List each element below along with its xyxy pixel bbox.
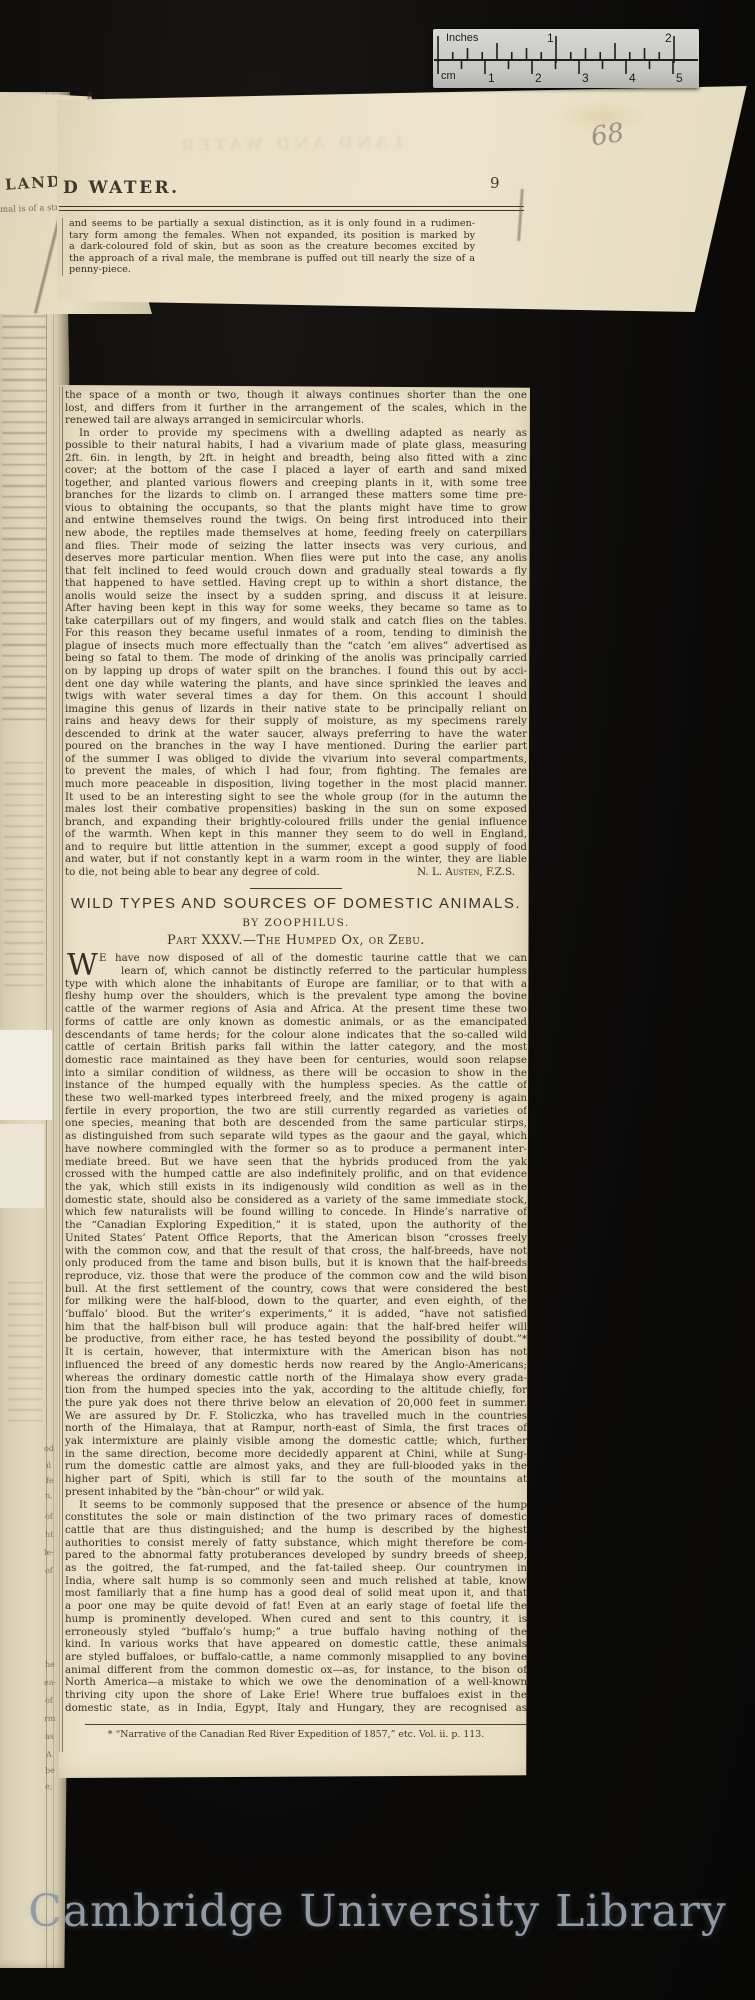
text-line: have nowhere commingled with the former …: [65, 1143, 527, 1156]
section-part: Part XXXV.—The Humped Ox, or Zebu.: [65, 933, 527, 948]
text-line: crossed with the humped cattle are also …: [65, 1168, 527, 1181]
text-line: fertile in every proportion, the two are…: [65, 1105, 527, 1118]
ruler-inch-number: 1: [547, 31, 554, 45]
text-line: deserves more particular mention. When f…: [65, 552, 527, 565]
text-line: of the summer I was obliged to divide th…: [65, 753, 527, 766]
text-line: It used to be an interesting sight to se…: [65, 791, 527, 804]
edge-text-fragment: il: [46, 1461, 51, 1470]
text-line: hump is prominently developed. When cure…: [65, 1613, 527, 1626]
text-line: the space of a month or two, though it a…: [65, 389, 527, 402]
text-line: North America—a mistake to which we owe …: [65, 1676, 527, 1689]
text-line: influenced the breed of any domestic her…: [65, 1359, 527, 1372]
edge-text-fragment: of: [45, 1512, 53, 1521]
edge-text-fragment: of: [45, 1696, 53, 1705]
section-separator: [250, 888, 342, 889]
text-line: animal different from the common domesti…: [65, 1664, 527, 1677]
text-line: domestic state, as in India, Egypt, Ital…: [65, 1702, 527, 1715]
edge-text-fragment: ea-: [44, 1678, 57, 1687]
top-excerpt: and seems to be partially a sexual disti…: [62, 218, 475, 276]
text-line: new abode, the reptiles made themselves …: [65, 527, 527, 540]
signature-line: to die, not being able to bear any degre…: [65, 866, 527, 879]
blurred-text-strip: [2, 252, 46, 722]
text-line: For this reason they became useful inmat…: [65, 627, 527, 640]
ruler-inch-number: 2: [665, 31, 672, 45]
text-line: constitutes the sole or main distinction…: [65, 1511, 527, 1524]
text-line: penny-piece.: [69, 264, 475, 276]
text-line: vious to obtaining the occupants, so tha…: [65, 502, 527, 515]
text-line: plague of insects much more effectually …: [65, 640, 527, 653]
text-line: tary form among the females. When not ex…: [69, 230, 475, 242]
text-line: rum the domestic cattle are almost yaks,…: [65, 1460, 527, 1473]
text-line: United States’ Patent Office Reports, th…: [65, 1232, 527, 1245]
text-line: with the common cow, and that the result…: [65, 1245, 527, 1258]
text-line: these two well-marked types interbreed f…: [65, 1092, 527, 1105]
masthead-left-fragment: LAND: [5, 172, 63, 193]
edge-text-fragment: ht: [45, 1530, 54, 1539]
text-line: We are assured by Dr. F. Stoliczka, who …: [65, 1410, 527, 1423]
page-number: 9: [490, 174, 500, 192]
column-rule: [62, 387, 63, 1752]
ruler-cm-number: 5: [676, 71, 683, 85]
text-line: and flies. Their mode of seizing the lat…: [65, 540, 527, 553]
text-line: possible to their natural habits, I had …: [65, 439, 527, 452]
showthrough-text: LAND AND WATER: [177, 132, 403, 155]
ruler-cm-number: 4: [629, 71, 636, 85]
edge-text-fragment: od: [44, 1444, 54, 1453]
text-line: cattle of certain British parks fall wit…: [65, 1041, 527, 1054]
ruler-cm-label: cm: [441, 70, 456, 82]
text-line: that felt inclined to feed would crouch …: [65, 565, 527, 578]
text-line: the “Canadian Exploring Expedition,” it …: [65, 1219, 527, 1232]
edge-text-fragment: A: [46, 1750, 52, 1759]
text-line: cattle of the warmer regions of Asia and…: [65, 1003, 527, 1016]
ruler: Inches cm 1212345: [433, 29, 699, 88]
text-line: for milking were the half-blood, down to…: [65, 1295, 527, 1308]
text-line: fleshy hump over the shoulders, which is…: [65, 990, 527, 1003]
article-anolis: the space of a month or two, though it a…: [65, 389, 527, 878]
pencil-number: 68: [589, 118, 626, 153]
drop-cap: W: [67, 953, 98, 979]
edge-text-fragment: of: [45, 1566, 53, 1575]
text-line: tion from the humped species into the ya…: [65, 1384, 527, 1397]
text-line: anolis would seize the insect by a sudde…: [65, 590, 527, 603]
text-line: as the goitred, the fat-rumped, and the …: [65, 1562, 527, 1575]
text-line: him that the half-bison bull will produc…: [65, 1321, 527, 1334]
article-zebu-para1: E have now disposed of all of the domest…: [65, 952, 527, 1498]
text-line: It seems to be commonly supposed that th…: [65, 1499, 527, 1512]
text-line: on by lapping up drops of water spilt on…: [65, 665, 527, 678]
text-line: and water, but if not constantly kept in…: [65, 853, 527, 866]
text-line: a dark-coloured fold of skin, but as soo…: [69, 241, 475, 253]
text-line: one species, meaning that both are desce…: [65, 1117, 527, 1130]
footnote-rule: [85, 1724, 530, 1725]
text-line: a poor one may be quite devoid of fat! E…: [65, 1600, 527, 1613]
section-title: WILD TYPES AND SOURCES OF DOMESTIC ANIMA…: [65, 895, 527, 912]
text-line: authorities to consist merely of fatty s…: [65, 1537, 527, 1550]
text-line: lost, and differs from it further in the…: [65, 402, 527, 415]
text-line: In order to provide my specimens with a …: [65, 427, 527, 440]
pencil-stroke: [517, 189, 523, 241]
column-rule-faint: [59, 387, 60, 1752]
page-edge-highlight: [0, 1124, 44, 1208]
text-line: learn of, which cannot be distinctly ref…: [121, 965, 527, 978]
article-zebu-para2: It seems to be commonly supposed that th…: [65, 1499, 527, 1715]
text-line: the yak, which still exists in its indig…: [65, 1181, 527, 1194]
text-line: poured on the branches in the way I have…: [65, 740, 527, 753]
text-line: the pure yak does not there thrive below…: [65, 1397, 527, 1410]
text-line: descended to drink at the water saucer, …: [65, 728, 527, 741]
text-line: branch, and expanding their brightly-col…: [65, 816, 527, 829]
text-line: into a similar condition of wildness, as…: [65, 1067, 527, 1080]
text-line: cattle that are thus distinguished; and …: [65, 1524, 527, 1537]
text-line: whereas the ordinary domestic cattle nor…: [65, 1372, 527, 1385]
text-line: mediate breed. But we have seen that the…: [65, 1156, 527, 1169]
text-line: males lost their combative propensities)…: [65, 803, 527, 816]
ruler-cm-number: 1: [488, 71, 495, 85]
text-line: renewed tail are always arranged in semi…: [65, 414, 527, 427]
text-line: dent one day while watering the plants, …: [65, 678, 527, 691]
text-line: domestic race maintained as they have be…: [65, 1054, 527, 1067]
text-line: thriving city upon the shore of Lake Eri…: [65, 1689, 527, 1702]
text-line: It is certain, however, that intermixtur…: [65, 1346, 527, 1359]
text-line: instance of the humped equally with the …: [65, 1079, 527, 1092]
author-signature: N. L. Austen, F.Z.S.: [417, 866, 515, 879]
text-line: imagine this genus of lizards in their n…: [65, 703, 527, 716]
text-line: kind. In various works that have appeare…: [65, 1638, 527, 1651]
text-line: cover; at the bottom of the case I place…: [65, 464, 527, 477]
text-line: and entwine themselves round the twigs. …: [65, 514, 527, 527]
edge-text-fragment: le-: [44, 1548, 54, 1557]
text-line: of the warmth. When kept in this manner …: [65, 828, 527, 841]
blurred-text-strip: [8, 1282, 42, 1422]
text-line: 2ft. 6in. in length, by 2ft. in height a…: [65, 452, 527, 465]
masthead-title: D WATER.: [63, 178, 180, 198]
ruler-cm-number: 3: [582, 71, 589, 85]
text-line: E have now disposed of all of the domest…: [99, 952, 527, 965]
fold-text-fragment: mal is of a str: [0, 203, 59, 215]
text-line: take caterpillars out of my fingers, and…: [65, 615, 527, 628]
text-line: much more peaceable in disposition, livi…: [65, 778, 527, 791]
text-line: twigs with water several times a day for…: [65, 690, 527, 703]
edge-text-fragment: n,: [45, 1491, 53, 1500]
edge-text-fragment: be: [45, 1766, 55, 1775]
text-line: are styled buffaloes, or buffalo-cattle,…: [65, 1651, 527, 1664]
text-line: only produced from the tame and bison bu…: [65, 1257, 527, 1270]
text-line: forms of cattle are only known as domest…: [65, 1016, 527, 1029]
blurred-text-strip: [4, 762, 44, 992]
closing-text: to die, not being able to bear any degre…: [65, 866, 320, 879]
text-line: and seems to be partially a sexual disti…: [69, 218, 475, 230]
text-line: reproduce, viz. those that were the prod…: [65, 1270, 527, 1283]
text-line: and to require but little attention in t…: [65, 841, 527, 854]
library-watermark: Cambridge University Library: [0, 1886, 755, 1937]
text-line: most familiarly that a fine hump has a g…: [65, 1587, 527, 1600]
text-line: India, where salt hump is so commonly se…: [65, 1575, 527, 1588]
text-line: to prevent the males, of which I had fou…: [65, 765, 527, 778]
ruler-cm-number: 2: [535, 71, 542, 85]
text-line: together, and planted various flowers an…: [65, 477, 527, 490]
text-line: that happened to have settled. Having cr…: [65, 577, 527, 590]
text-line: the approach of a rival male, the membra…: [69, 253, 475, 265]
text-line: erroneously styled “buffalo’s hump;” a t…: [65, 1626, 527, 1639]
footnote: * “Narrative of the Canadian Red River E…: [65, 1729, 527, 1740]
text-line: north of the Himalaya, that at Rampur, n…: [65, 1422, 527, 1435]
newspaper-page-top: LAND AND WATER D WATER. 9 68 and seems t…: [57, 86, 748, 312]
masthead-rule: [59, 206, 524, 211]
edge-text-fragment: e;: [45, 1782, 53, 1791]
text-line: After having been kept in this way for s…: [65, 602, 527, 615]
article-clipping: the space of a month or two, though it a…: [57, 385, 530, 1778]
text-line: bull. At the first settlement of the cou…: [65, 1283, 527, 1296]
text-line: rains and heavy dews for their supply of…: [65, 715, 527, 728]
text-line: present inhabited by the “bàn-chour” or …: [65, 1486, 527, 1499]
text-line: descendants of tame herds; for the colou…: [65, 1029, 527, 1042]
edge-text-fragment: as: [45, 1732, 54, 1741]
text-line: domestic state, should also be considere…: [65, 1194, 527, 1207]
text-line: ‘buffalo’ blood. But the writer’s experi…: [65, 1308, 527, 1321]
text-line: in the same direction, become more decid…: [65, 1448, 527, 1461]
photo-stage: odilfen,ofhtle-ofheea-ofrmasAbee; LAND m…: [0, 0, 755, 2000]
edge-text-fragment: he: [45, 1660, 55, 1669]
section-byline: BY ZOOPHILUS.: [65, 917, 527, 929]
text-line: branches for the lizards to climb on. I …: [65, 489, 527, 502]
ruler-inches-label: Inches: [446, 32, 478, 44]
text-line: yak intermixture are plainly visible amo…: [65, 1435, 527, 1448]
text-line: pared to the abnormal fatty protuberance…: [65, 1549, 527, 1562]
text-line: which few naturalists will be found will…: [65, 1206, 527, 1219]
text-line: higher part of Spiti, which is still far…: [65, 1473, 527, 1486]
text-line: being so fatal to them. The mode of drin…: [65, 652, 527, 665]
text-line: be productive, from either race, he has …: [65, 1333, 527, 1346]
edge-text-fragment: rm: [44, 1714, 56, 1723]
page-edge-highlight: [0, 1030, 52, 1120]
text-line: as distinguished from such separate wild…: [65, 1130, 527, 1143]
edge-text-fragment: fe: [46, 1476, 54, 1485]
text-line: type with which alone the inhabitants of…: [65, 978, 527, 991]
